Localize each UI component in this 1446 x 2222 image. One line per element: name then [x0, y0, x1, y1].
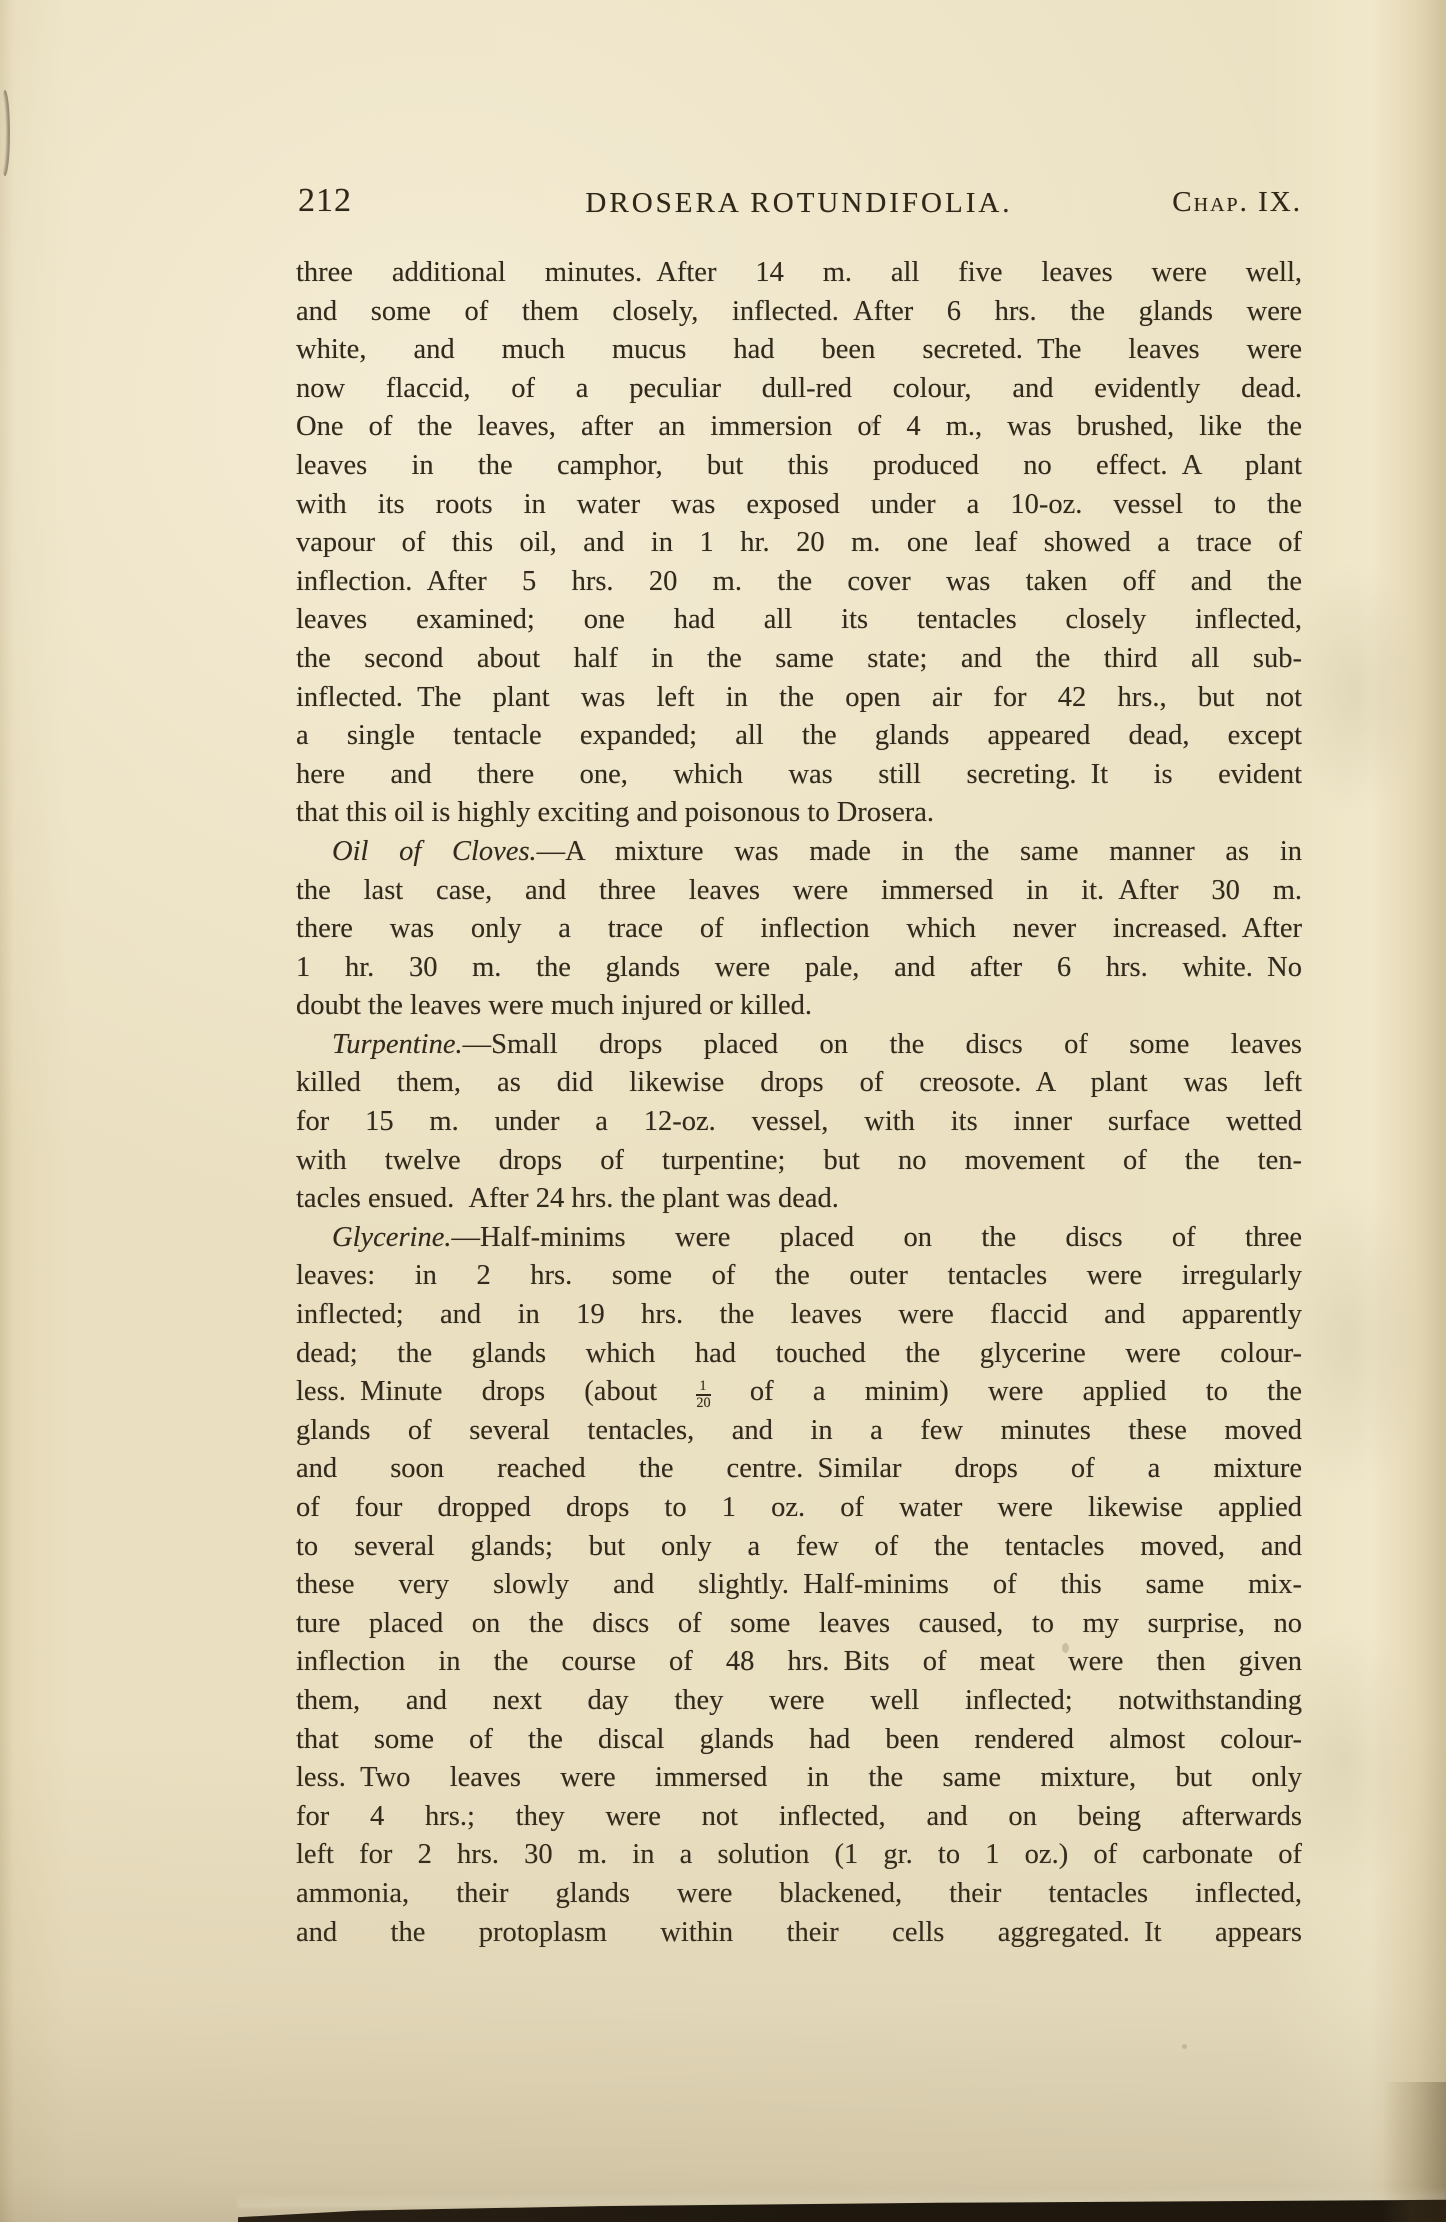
page-edge-mark	[0, 90, 10, 176]
text-line: leaves in the camphor, but this produced…	[296, 447, 1302, 486]
text-line: for 15 m. under a 12-oz. vessel, with it…	[296, 1103, 1302, 1142]
text-segment: glands of several tentacles, and in a fe…	[296, 1415, 1302, 1446]
text-segment: leaves examined; one had all its tentacl…	[296, 604, 1302, 635]
text-segment: vapour of this oil, and in 1 hr. 20 m. o…	[296, 527, 1302, 558]
running-title: DROSERA ROTUNDIFOLIA.	[585, 187, 1012, 220]
text-segment: for 4 hrs.; they were not inflected, and…	[296, 1801, 1302, 1832]
chapter-label: Chap. IX.	[1172, 186, 1302, 219]
text-line: there was only a trace of inflection whi…	[296, 910, 1302, 949]
text-line: for 4 hrs.; they were not inflected, and…	[296, 1798, 1302, 1837]
text-line: ammonia, their glands were blackened, th…	[296, 1875, 1302, 1914]
text-line: that this oil is highly exciting and poi…	[296, 794, 1302, 833]
text-segment: —Small drops placed on the discs of some…	[463, 1029, 1302, 1060]
text-segment: with twelve drops of turpentine; but no …	[296, 1145, 1302, 1176]
text-line: left for 2 hrs. 30 m. in a solution (1 g…	[296, 1836, 1302, 1875]
text-line: less. Two leaves were immersed in the sa…	[296, 1759, 1302, 1798]
text-line: them, and next day they were well inflec…	[296, 1682, 1302, 1721]
text-segment: for 15 m. under a 12-oz. vessel, with it…	[296, 1106, 1302, 1137]
text-segment: now flaccid, of a peculiar dull-red colo…	[296, 373, 1302, 404]
text-line: dead; the glands which had touched the g…	[296, 1335, 1302, 1374]
text-segment: leaves: in 2 hrs. some of the outer tent…	[296, 1260, 1302, 1291]
text-segment: white, and much mucus had been secreted.…	[296, 334, 1302, 365]
text-segment: the second about half in the same state;…	[296, 643, 1302, 674]
text-line: Glycerine.—Half-minims were placed on th…	[296, 1219, 1302, 1258]
text-line: that some of the discal glands had been …	[296, 1721, 1302, 1760]
text-line: Turpentine.—Small drops placed on the di…	[296, 1026, 1302, 1065]
text-line: three additional minutes. After 14 m. al…	[296, 254, 1302, 293]
text-line: white, and much mucus had been secreted.…	[296, 331, 1302, 370]
text-segment: of a minim) were applied to the	[711, 1376, 1302, 1407]
paper-speck	[1182, 2044, 1187, 2049]
text-line: ture placed on the discs of some leaves …	[296, 1605, 1302, 1644]
text-line: inflected. The plant was left in the ope…	[296, 679, 1302, 718]
text-segment: less. Two leaves were immersed in the sa…	[296, 1762, 1302, 1793]
text-line: inflection in the course of 48 hrs. Bits…	[296, 1643, 1302, 1682]
text-line: leaves: in 2 hrs. some of the outer tent…	[296, 1257, 1302, 1296]
text-line: inflection. After 5 hrs. 20 m. the cover…	[296, 563, 1302, 602]
stacked-pages-edge	[1382, 2082, 1446, 2222]
text-segment: ture placed on the discs of some leaves …	[296, 1608, 1302, 1639]
text-segment: One of the leaves, after an immersion of…	[296, 411, 1302, 442]
page-header: 212 DROSERA ROTUNDIFOLIA. Chap. IX.	[296, 182, 1302, 230]
text-segment: a single tentacle expanded; all the glan…	[296, 720, 1302, 751]
body-text: three additional minutes. After 14 m. al…	[296, 254, 1302, 1952]
text-line: of four dropped drops to 1 oz. of water …	[296, 1489, 1302, 1528]
text-segment: dead; the glands which had touched the g…	[296, 1338, 1302, 1369]
text-line: vapour of this oil, and in 1 hr. 20 m. o…	[296, 524, 1302, 563]
text-segment: inflection in the course of 48 hrs. Bits…	[296, 1646, 1302, 1677]
text-segment: of four dropped drops to 1 oz. of water …	[296, 1492, 1302, 1523]
fraction: 120	[696, 1379, 710, 1412]
text-line: killed them, as did likewise drops of cr…	[296, 1064, 1302, 1103]
text-segment: three additional minutes. After 14 m. al…	[296, 257, 1302, 288]
text-segment: ammonia, their glands were blackened, th…	[296, 1878, 1302, 1909]
show-through-smudge	[1290, 560, 1420, 820]
text-line: with twelve drops of turpentine; but no …	[296, 1142, 1302, 1181]
text-line: glands of several tentacles, and in a fe…	[296, 1412, 1302, 1451]
text-line: leaves examined; one had all its tentacl…	[296, 601, 1302, 640]
book-page-scan: 212 DROSERA ROTUNDIFOLIA. Chap. IX. thre…	[0, 0, 1446, 2222]
text-line: and the protoplasm within their cells ag…	[296, 1914, 1302, 1953]
substance-name: Glycerine.	[332, 1222, 451, 1253]
text-segment: that this oil is highly exciting and poi…	[296, 797, 934, 828]
text-segment: to several glands; but only a few of the…	[296, 1531, 1302, 1562]
text-segment: inflection. After 5 hrs. 20 m. the cover…	[296, 566, 1302, 597]
text-line: to several glands; but only a few of the…	[296, 1528, 1302, 1567]
text-segment: and soon reached the centre. Similar dro…	[296, 1453, 1302, 1484]
text-line: Oil of Cloves.—A mixture was made in the…	[296, 833, 1302, 872]
text-segment: inflected. The plant was left in the ope…	[296, 682, 1302, 713]
text-segment: them, and next day they were well inflec…	[296, 1685, 1302, 1716]
text-segment: less. Minute drops (about	[296, 1376, 696, 1407]
text-line: these very slowly and slightly. Half-min…	[296, 1566, 1302, 1605]
page-number: 212	[298, 182, 352, 220]
text-line: now flaccid, of a peculiar dull-red colo…	[296, 370, 1302, 409]
text-line: tacles ensued. After 24 hrs. the plant w…	[296, 1180, 1302, 1219]
text-segment: and some of them closely, inflected. Aft…	[296, 296, 1302, 327]
text-segment: that some of the discal glands had been …	[296, 1724, 1302, 1755]
text-line: the second about half in the same state;…	[296, 640, 1302, 679]
substance-name: Turpentine.	[332, 1029, 463, 1060]
text-segment: and the protoplasm within their cells ag…	[296, 1917, 1302, 1948]
text-segment: 1 hr. 30 m. the glands were pale, and af…	[296, 952, 1302, 983]
text-line: and some of them closely, inflected. Aft…	[296, 293, 1302, 332]
text-line: 1 hr. 30 m. the glands were pale, and af…	[296, 949, 1302, 988]
text-segment: tacles ensued. After 24 hrs. the plant w…	[296, 1183, 839, 1214]
show-through-smudge	[1280, 1180, 1420, 1500]
text-segment: killed them, as did likewise drops of cr…	[296, 1067, 1302, 1098]
text-segment: —A mixture was made in the same manner a…	[537, 836, 1302, 867]
paper-speck	[870, 420, 874, 427]
text-segment: leaves in the camphor, but this produced…	[296, 450, 1302, 481]
text-segment: the last case, and three leaves were imm…	[296, 875, 1302, 906]
text-segment: here and there one, which was still secr…	[296, 759, 1302, 790]
text-segment: inflected; and in 19 hrs. the leaves wer…	[296, 1299, 1302, 1330]
text-line: here and there one, which was still secr…	[296, 756, 1302, 795]
text-line: and soon reached the centre. Similar dro…	[296, 1450, 1302, 1489]
text-segment: left for 2 hrs. 30 m. in a solution (1 g…	[296, 1839, 1302, 1870]
text-line: One of the leaves, after an immersion of…	[296, 408, 1302, 447]
text-segment: —Half-minims were placed on the discs of…	[451, 1222, 1302, 1253]
text-line: doubt the leaves were much injured or ki…	[296, 987, 1302, 1026]
text-segment: these very slowly and slightly. Half-min…	[296, 1569, 1302, 1600]
text-line: inflected; and in 19 hrs. the leaves wer…	[296, 1296, 1302, 1335]
text-line: a single tentacle expanded; all the glan…	[296, 717, 1302, 756]
substance-name: Oil of Cloves.	[332, 836, 537, 867]
text-segment: with its roots in water was exposed unde…	[296, 489, 1302, 520]
text-segment: doubt the leaves were much injured or ki…	[296, 990, 812, 1021]
text-line: the last case, and three leaves were imm…	[296, 872, 1302, 911]
show-through-smudge	[1270, 1620, 1420, 1900]
text-line: with its roots in water was exposed unde…	[296, 486, 1302, 525]
text-line: less. Minute drops (about 120 of a minim…	[296, 1373, 1302, 1412]
text-segment: there was only a trace of inflection whi…	[296, 913, 1302, 944]
paper-speck	[1062, 1643, 1069, 1653]
